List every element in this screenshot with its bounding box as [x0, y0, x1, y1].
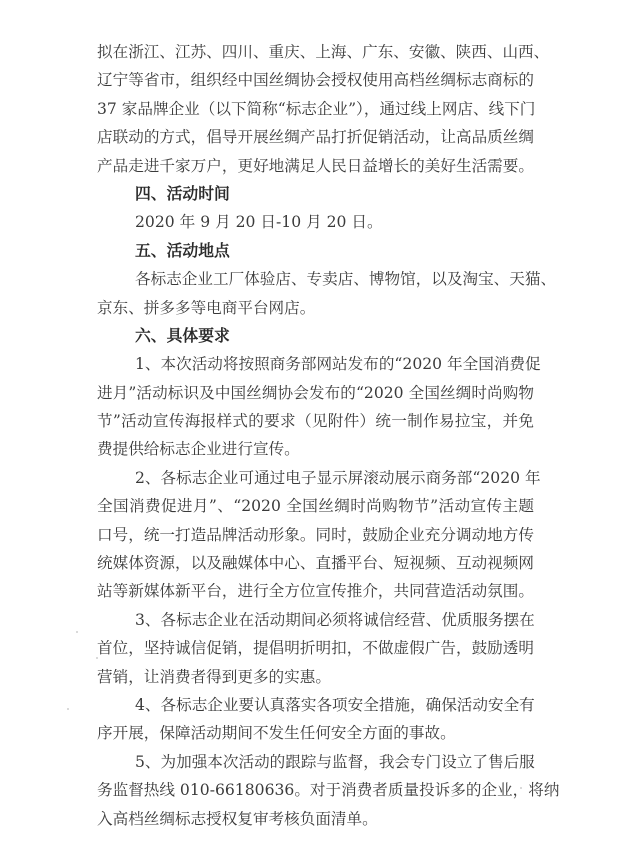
- requirement-item-3: 3、各标志企业在活动期间必须将诚信经营、优质服务摆在 首位，坚持诚信促销，提倡明…: [97, 606, 534, 691]
- requirement-item-5: 5、为加强本次活动的跟踪与监督，我会专门设立了售后服 务监督热线 010-661…: [97, 748, 534, 833]
- text-line: 入高档丝绸标志授权复审考核负面清单。: [97, 805, 534, 833]
- text-line: 5、为加强本次活动的跟踪与监督，我会专门设立了售后服: [97, 748, 534, 776]
- requirement-item-2: 2、各标志企业可通过电子显示屏滚动展示商务部“2020 年 全国消费促进月”、“…: [97, 464, 534, 606]
- text-line: 京东、拼多多等电商平台网店。: [97, 294, 534, 322]
- hotline-line: 务监督热线 010-66180636。对于消费者质量投诉多的企业，将纳: [97, 776, 534, 804]
- document-page: 拟在浙江、江苏、四川、重庆、上海、广东、安徽、陕西、山西、 辽宁等省市，组织经中…: [97, 38, 534, 833]
- text-line: 进月”活动标识及中国丝绸协会发布的“2020 全国丝绸时尚购物: [97, 379, 534, 407]
- text-line: 4、各标志企业要认真落实各项安全措施，确保活动安全有: [97, 691, 534, 719]
- text-line: 首位，坚持诚信促销，提倡明折明扣，不做虚假广告，鼓励透明: [97, 634, 534, 662]
- text-line: 1、本次活动将按照商务部网站发布的“2020 年全国消费促: [97, 350, 534, 378]
- text-line: 序开展，保障活动期间不发生任何安全方面的事故。: [97, 719, 534, 747]
- scan-speck: [76, 631, 78, 633]
- scan-speck: [67, 708, 69, 710]
- scan-speck: [96, 657, 98, 659]
- requirement-item-4: 4、各标志企业要认真落实各项安全措施，确保活动安全有 序开展，保障活动期间不发生…: [97, 691, 534, 748]
- text-line: 3、各标志企业在活动期间必须将诚信经营、优质服务摆在: [97, 606, 534, 634]
- text-line: 37 家品牌企业（以下简称“标志企业”），通过线上网店、线下门: [97, 95, 534, 123]
- text-line: 拟在浙江、江苏、四川、重庆、上海、广东、安徽、陕西、山西、: [97, 38, 534, 66]
- text-line: 产品走进千家万户，更好地满足人民日益增长的美好生活需要。: [97, 152, 534, 180]
- text-line: 口号，统一打造品牌活动形象。同时，鼓励企业充分调动地方传: [97, 521, 534, 549]
- text-line: 店联动的方式，倡导开展丝绸产品打折促销活动，让高品质丝绸: [97, 123, 534, 151]
- text-line: 各标志企业工厂体验店、专卖店、博物馆，以及淘宝、天猫、: [97, 265, 534, 293]
- section-heading-activity-time: 四、活动时间: [97, 180, 534, 208]
- section-heading-requirements: 六、具体要求: [97, 322, 534, 350]
- text-line: 站等新媒体新平台，进行全方位宣传推介，共同营造活动氛围。: [97, 577, 534, 605]
- intro-paragraph: 拟在浙江、江苏、四川、重庆、上海、广东、安徽、陕西、山西、 辽宁等省市，组织经中…: [97, 38, 534, 180]
- section-heading-activity-location: 五、活动地点: [97, 237, 534, 265]
- activity-dates: 2020 年 9 月 20 日-10 月 20 日。: [97, 208, 534, 236]
- text-line: 辽宁等省市，组织经中国丝绸协会授权使用高档丝绸标志商标的: [97, 66, 534, 94]
- text-line: 费提供给标志企业进行宣传。: [97, 435, 534, 463]
- text-line: 节”活动宣传海报样式的要求（见附件）统一制作易拉宝，并免: [97, 407, 534, 435]
- text-line: 统媒体资源，以及融媒体中心、直播平台、短视频、互动视频网: [97, 549, 534, 577]
- text-line: 2、各标志企业可通过电子显示屏滚动展示商务部“2020 年: [97, 464, 534, 492]
- scan-speck: [520, 787, 522, 789]
- text-line: 全国消费促进月”、“2020 全国丝绸时尚购物节”活动宣传主题: [97, 492, 534, 520]
- requirement-item-1: 1、本次活动将按照商务部网站发布的“2020 年全国消费促 进月”活动标识及中国…: [97, 350, 534, 464]
- text-line: 营销，让消费者得到更多的实惠。: [97, 663, 534, 691]
